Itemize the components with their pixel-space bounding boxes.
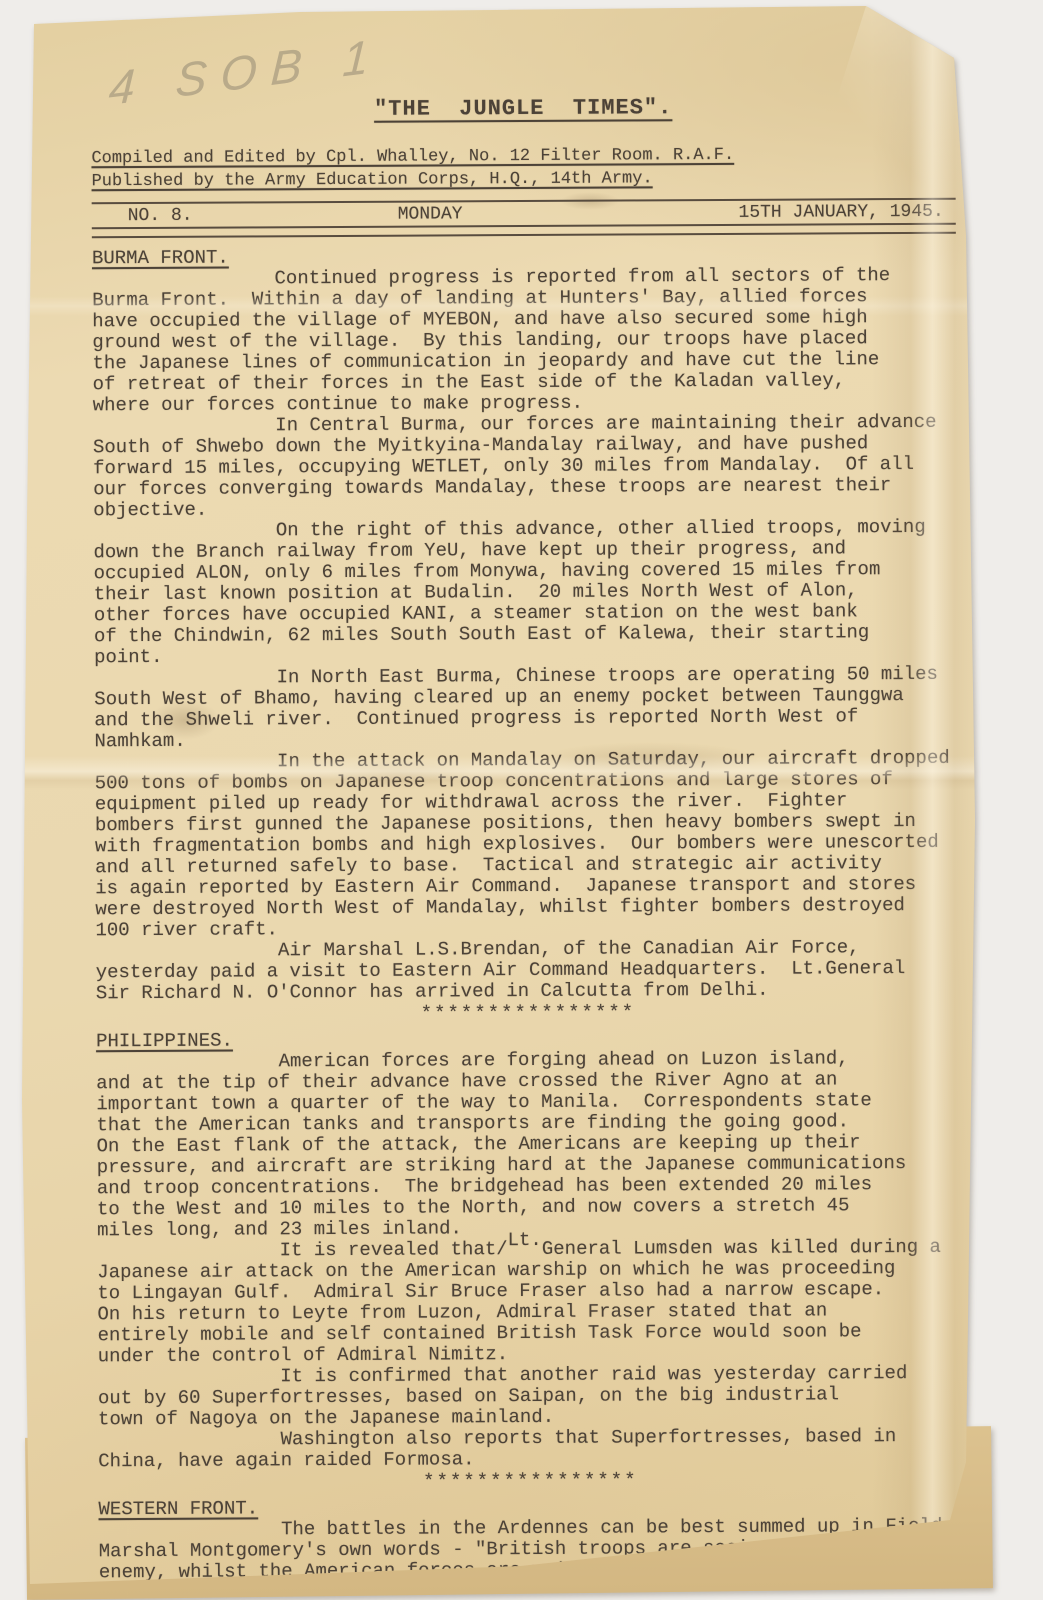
paragraph: American forces are forging ahead on Luz… <box>96 1048 961 1242</box>
asterisk-separator: **************** <box>96 1001 960 1027</box>
page-title: "THE JUNGLE TIMES". <box>91 94 955 124</box>
section-philippines: PHILIPPINES. American forces are forging… <box>96 1027 962 1495</box>
paragraph: It is confirmed that another raid was ye… <box>98 1363 962 1431</box>
newsletter-page: 4 SOB 1 "THE JUNGLE TIMES". Compiled and… <box>0 0 1043 1600</box>
newsletter-content: "THE JUNGLE TIMES". Compiled and Edited … <box>91 94 963 1584</box>
credit-line-2: Published by the Army Education Corps, H… <box>91 166 955 194</box>
issue-day: MONDAY <box>398 203 739 225</box>
issue-bar: NO. 8. MONDAY 15TH JANUARY, 1945. <box>92 198 956 239</box>
issue-row: NO. 8. MONDAY 15TH JANUARY, 1945. <box>92 200 956 230</box>
scanned-page-wrap: 4 SOB 1 "THE JUNGLE TIMES". Compiled and… <box>0 0 1043 1600</box>
paragraph: In North East Burma, Chinese troops are … <box>94 664 958 753</box>
paragraph: Air Marshal L.S.Brendan, of the Canadian… <box>96 937 960 1005</box>
paragraph: Continued progress is reported from all … <box>92 265 957 417</box>
issue-number: NO. 8. <box>128 205 398 226</box>
document-scan: { "scan": { "pencil_annotation": "4 SOB … <box>0 0 1043 1600</box>
section-burma-front: BURMA FRONT. Continued progress is repor… <box>92 244 960 1027</box>
paragraph: Washington also reports that Superfortre… <box>98 1426 962 1473</box>
paragraph-with-insertion: It is revealed that/Lt.General Lumsden w… <box>97 1237 962 1368</box>
asterisk-separator: **************** <box>98 1469 962 1495</box>
masthead-credits: Compiled and Edited by Cpl. Whalley, No.… <box>91 143 955 194</box>
paragraph: On the right of this advance, other alli… <box>93 517 958 669</box>
paragraph: In Central Burma, our forces are maintai… <box>93 412 958 522</box>
typed-insertion: Lt. <box>508 1229 542 1251</box>
